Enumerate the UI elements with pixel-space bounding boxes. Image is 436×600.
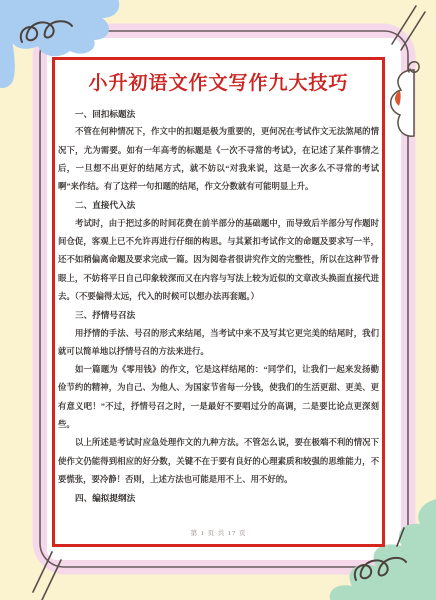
paragraph: 以上所述是考试时应急处理作文的九种方法。不管怎么说，要在极端不利的情况下使作文仍… <box>58 434 379 489</box>
section-heading: 三、抒情号召法 <box>58 306 379 324</box>
paragraph: 考试时，由于把过多的时间花费在前半部分的基础题中，而导致后半部分写作题时间仓促，… <box>58 215 379 306</box>
paragraph: 如一篇题为《零用钱》的作文，它是这样结尾的：“同学们，让我们一起来发扬勤俭节约的… <box>58 361 379 434</box>
paragraph: 用抒情的手法、号召的形式来结尾，当考试中来不及写其它更完美的结尾时，我们就可以简… <box>58 325 379 362</box>
section-heading: 一、回扣标题法 <box>58 105 379 123</box>
section-heading: 四、编拟提纲法 <box>58 489 379 507</box>
page-title: 小升初语文作文写作九大技巧 <box>58 72 379 96</box>
page-number: 第 1 页 共 17 页 <box>55 528 382 537</box>
scanned-document-page: { "doc": { "title": "小升初语文作文写作九大技巧", "se… <box>0 0 436 600</box>
paragraph: 不管在何种情况下，作文中的扣题是极为重要的，更何况在考试作文无法煞尾的情况下，尤… <box>58 123 379 196</box>
section-heading: 二、直接代入法 <box>58 196 379 214</box>
document-content-frame: 小升初语文作文写作九大技巧 一、回扣标题法 不管在何种情况下，作文中的扣题是极为… <box>52 57 385 547</box>
